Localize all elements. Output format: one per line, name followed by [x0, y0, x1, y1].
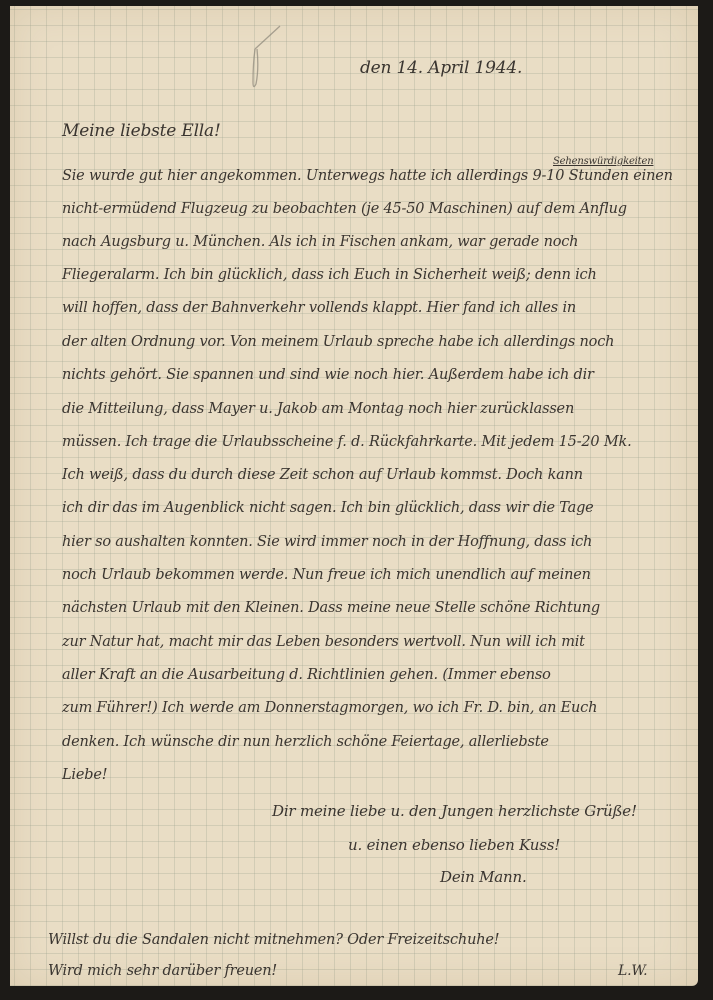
- body-line: nichts gehört. Sie spannen und sind wie …: [62, 367, 594, 383]
- letter-date: den 14. April 1944.: [360, 58, 522, 78]
- letter-page: den 14. April 1944. Meine liebste Ella! …: [10, 6, 698, 986]
- body-line: denken. Ich wünsche dir nun herzlich sch…: [62, 734, 549, 750]
- postscript-line: Wird mich sehr darüber freuen!: [48, 963, 277, 979]
- body-line: nach Augsburg u. München. Als ich in Fis…: [62, 234, 578, 250]
- body-line: zur Natur hat, macht mir das Leben beson…: [62, 634, 585, 650]
- signature: Dein Mann.: [440, 868, 527, 886]
- body-line: noch Urlaub bekommen werde. Nun freue ic…: [62, 567, 591, 583]
- body-line: will hoffen, dass der Bahnverkehr vollen…: [62, 300, 576, 316]
- body-line: Sie wurde gut hier angekommen. Unterwegs…: [62, 168, 673, 184]
- body-line: Fliegeralarm. Ich bin glücklich, dass ic…: [62, 267, 597, 283]
- body-line: nicht-ermüdend Flugzeug zu beobachten (j…: [62, 201, 627, 217]
- body-line: müssen. Ich trage die Urlaubsscheine f. …: [62, 434, 632, 450]
- body-line: die Mitteilung, dass Mayer u. Jakob am M…: [62, 401, 574, 417]
- body-line: Ich weiß, dass du durch diese Zeit schon…: [62, 467, 583, 483]
- pencil-mark-icon: [235, 24, 295, 94]
- body-line: zum Führer!) Ich werde am Donnerstagmorg…: [62, 700, 597, 716]
- body-line: nächsten Urlaub mit den Kleinen. Dass me…: [62, 600, 600, 616]
- letter-salutation: Meine liebste Ella!: [62, 121, 221, 141]
- body-line: Liebe!: [62, 767, 107, 783]
- interlinear-insertion: Sehenswürdigkeiten: [553, 156, 653, 167]
- body-line: aller Kraft an die Ausarbeitung d. Richt…: [62, 667, 551, 683]
- closing-line: u. einen ebenso lieben Kuss!: [348, 836, 560, 854]
- postscript-line: Willst du die Sandalen nicht mitnehmen? …: [48, 932, 499, 948]
- body-line: hier so aushalten konnten. Sie wird imme…: [62, 534, 592, 550]
- body-line: der alten Ordnung vor. Von meinem Urlaub…: [62, 334, 614, 350]
- body-line: ich dir das im Augenblick nicht sagen. I…: [62, 500, 594, 516]
- postscript-initials: L.W.: [618, 963, 647, 979]
- closing-line: Dir meine liebe u. den Jungen herzlichst…: [272, 802, 637, 820]
